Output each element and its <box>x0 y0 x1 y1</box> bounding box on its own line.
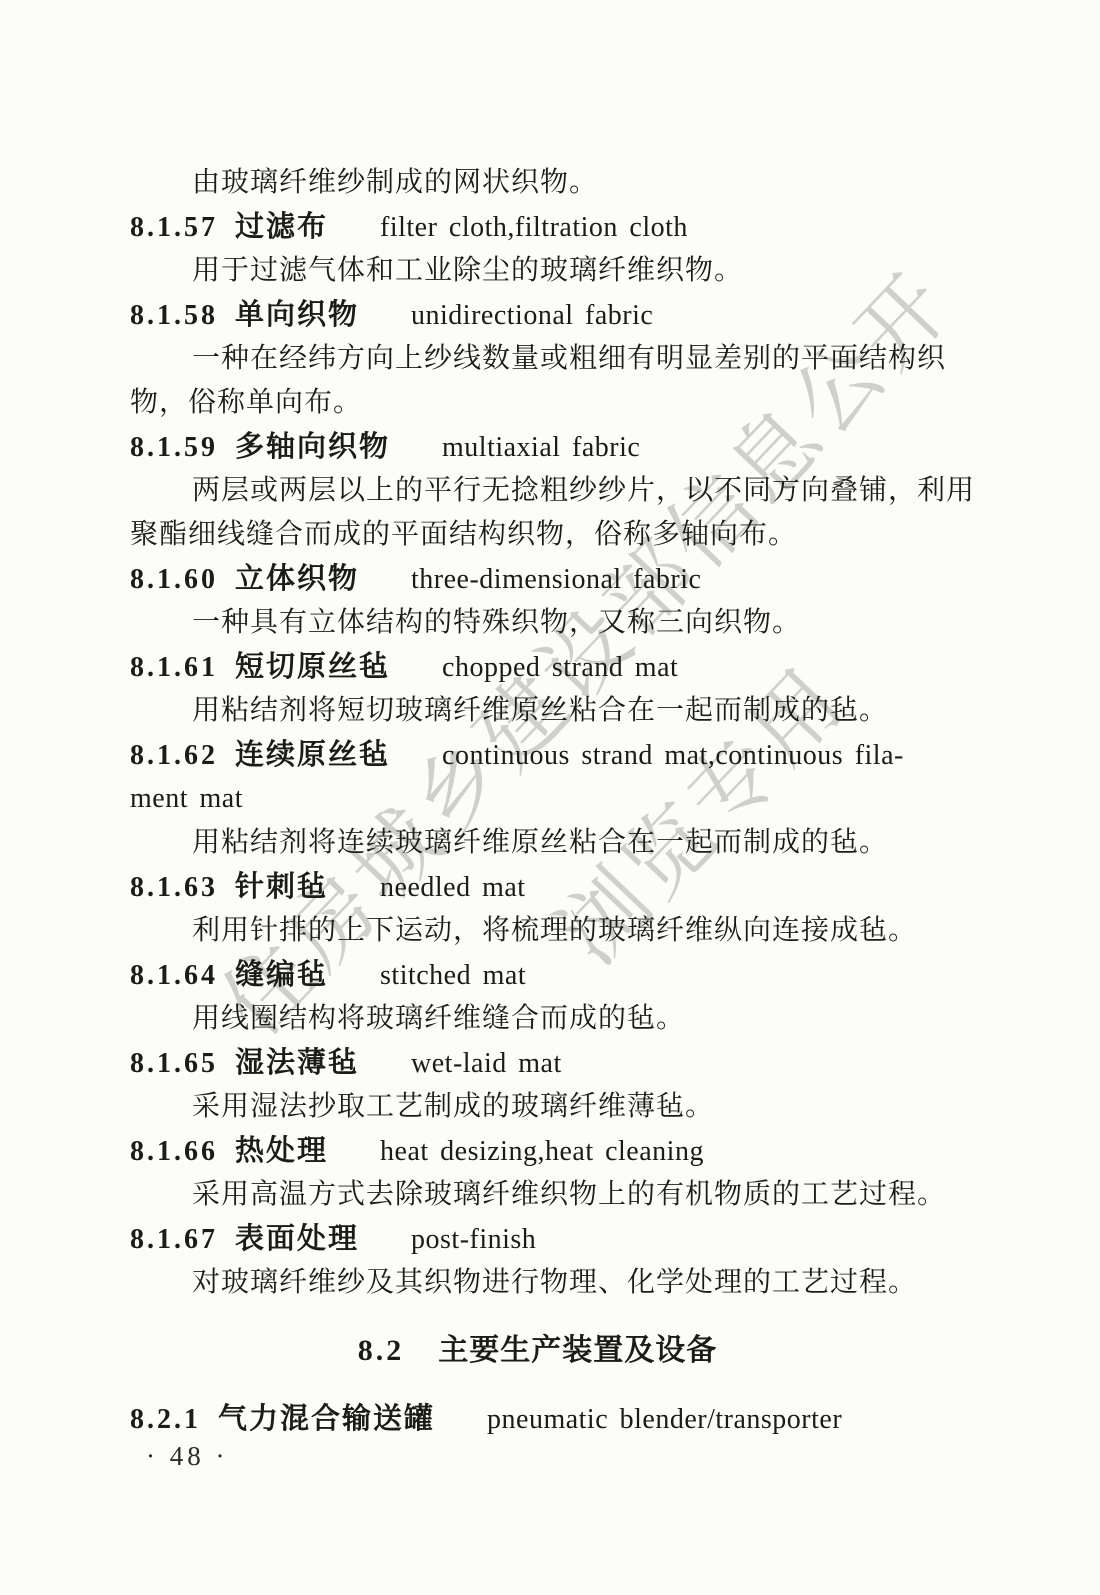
term-number: 8.2.1 <box>130 1404 201 1435</box>
term-zh: 立体织物 <box>235 563 359 595</box>
definition-line: 物，俗称单向布。 <box>130 381 945 425</box>
page-number: · 48 · <box>146 1441 228 1472</box>
definition-line: 由玻璃纤维纱制成的网状织物。 <box>130 161 945 205</box>
term-number: 8.1.60 <box>130 564 218 595</box>
definition-line: 用于过滤气体和工业除尘的玻璃纤维织物。 <box>130 249 945 293</box>
term-zh: 表面处理 <box>235 1223 359 1255</box>
term-entry-821: 8.2.1气力混合输送罐pneumatic blender/transporte… <box>130 1397 945 1441</box>
term-number: 8.1.58 <box>130 300 218 331</box>
term-en: unidirectional fabric <box>411 300 653 331</box>
definition-line: 用粘结剂将连续玻璃纤维原丝粘合在一起而制成的毡。 <box>130 821 945 865</box>
definition-line: 用粘结剂将短切玻璃纤维原丝粘合在一起而制成的毡。 <box>130 689 945 733</box>
term-number: 8.1.67 <box>130 1224 218 1255</box>
section-heading: 8.2主要生产装置及设备 <box>130 1329 945 1373</box>
section-number: 8.2 <box>358 1334 405 1367</box>
document-page: 住房城乡建设部信息公开 浏览专用 由玻璃纤维纱制成的网状织物。 8.1.57过滤… <box>0 0 1100 1595</box>
term-en-continuation: ment mat <box>130 777 945 821</box>
term-zh: 过滤布 <box>235 211 328 243</box>
term-en: wet-laid mat <box>411 1048 562 1079</box>
term-entry-8164: 8.1.64缝编毡stitched mat <box>130 953 945 997</box>
term-entry-8167: 8.1.67表面处理post-finish <box>130 1217 945 1261</box>
term-en: post-finish <box>411 1224 536 1255</box>
definition-line: 采用湿法抄取工艺制成的玻璃纤维薄毡。 <box>130 1085 945 1129</box>
term-number: 8.1.57 <box>130 212 218 243</box>
term-zh: 短切原丝毡 <box>235 651 390 683</box>
definition-line: 两层或两层以上的平行无捻粗纱纱片，以不同方向叠铺，利用 <box>130 469 945 513</box>
term-entry-8162: 8.1.62连续原丝毡continuous strand mat,continu… <box>130 733 945 777</box>
definition-line: 利用针排的上下运动，将梳理的玻璃纤维纵向连接成毡。 <box>130 909 945 953</box>
term-en: heat desizing,heat cleaning <box>380 1136 704 1167</box>
term-en: needled mat <box>380 872 526 903</box>
term-en: chopped strand mat <box>442 652 678 683</box>
term-entry-8166: 8.1.66热处理heat desizing,heat cleaning <box>130 1129 945 1173</box>
definition-line: 对玻璃纤维纱及其织物进行物理、化学处理的工艺过程。 <box>130 1261 945 1305</box>
term-entry-8159: 8.1.59多轴向织物multiaxial fabric <box>130 425 945 469</box>
definition-line: 用线圈结构将玻璃纤维缝合而成的毡。 <box>130 997 945 1041</box>
section-title: 主要生产装置及设备 <box>438 1334 717 1367</box>
term-zh: 湿法薄毡 <box>235 1047 359 1079</box>
definition-line: 一种具有立体结构的特殊织物，又称三向织物。 <box>130 601 945 645</box>
definition-line: 一种在经纬方向上纱线数量或粗细有明显差别的平面结构织 <box>130 337 945 381</box>
term-zh: 连续原丝毡 <box>235 739 390 771</box>
term-entry-8157: 8.1.57过滤布filter cloth,filtration cloth <box>130 205 945 249</box>
term-zh: 针刺毡 <box>235 871 328 903</box>
term-en: filter cloth,filtration cloth <box>380 212 688 243</box>
term-en: multiaxial fabric <box>442 432 640 463</box>
term-zh: 热处理 <box>235 1135 328 1167</box>
term-zh: 气力混合输送罐 <box>218 1403 435 1435</box>
term-en: continuous strand mat,continuous fila- <box>442 740 904 771</box>
term-zh: 多轴向织物 <box>235 431 390 463</box>
term-number: 8.1.62 <box>130 740 218 771</box>
term-entry-8163: 8.1.63针刺毡needled mat <box>130 865 945 909</box>
term-entry-8161: 8.1.61短切原丝毡chopped strand mat <box>130 645 945 689</box>
term-number: 8.1.65 <box>130 1048 218 1079</box>
term-number: 8.1.64 <box>130 960 218 991</box>
term-zh: 单向织物 <box>235 299 359 331</box>
term-number: 8.1.63 <box>130 872 218 903</box>
glossary-content: 由玻璃纤维纱制成的网状织物。 8.1.57过滤布filter cloth,fil… <box>130 161 945 1441</box>
term-entry-8160: 8.1.60立体织物three-dimensional fabric <box>130 557 945 601</box>
term-en: three-dimensional fabric <box>411 564 701 595</box>
term-en: stitched mat <box>380 960 526 991</box>
term-zh: 缝编毡 <box>235 959 328 991</box>
term-number: 8.1.61 <box>130 652 218 683</box>
definition-line: 采用高温方式去除玻璃纤维织物上的有机物质的工艺过程。 <box>130 1173 945 1217</box>
term-number: 8.1.66 <box>130 1136 218 1167</box>
term-en: pneumatic blender/transporter <box>487 1404 842 1435</box>
definition-line: 聚酯细线缝合而成的平面结构织物，俗称多轴向布。 <box>130 513 945 557</box>
term-entry-8158: 8.1.58单向织物unidirectional fabric <box>130 293 945 337</box>
term-number: 8.1.59 <box>130 432 218 463</box>
term-entry-8165: 8.1.65湿法薄毡wet-laid mat <box>130 1041 945 1085</box>
